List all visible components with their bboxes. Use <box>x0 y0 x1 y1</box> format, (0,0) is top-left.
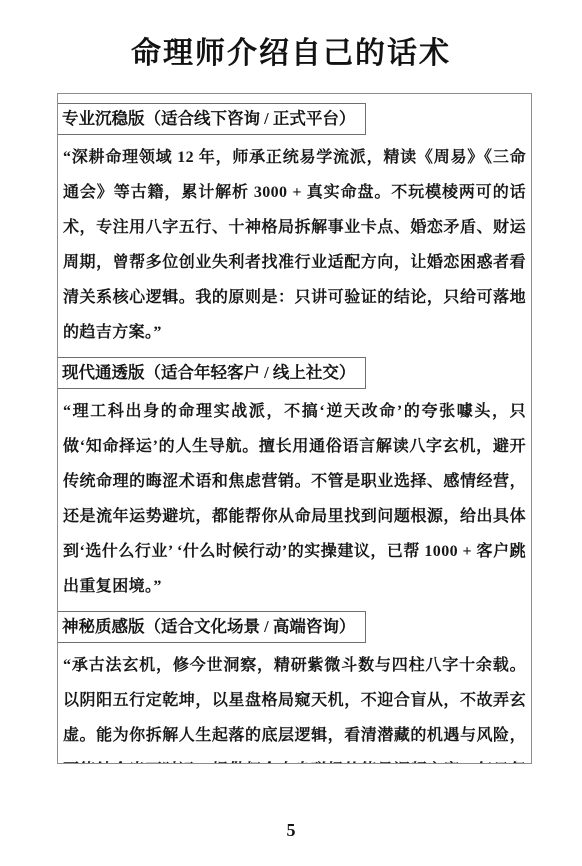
page-number: 5 <box>0 820 582 841</box>
section-header-modern: 现代通透版（适合年轻客户 / 线上社交） <box>57 357 366 389</box>
page-title: 命理师介绍自己的话术 <box>0 28 582 72</box>
section-professional: 专业沉稳版（适合线下咨询 / 正式平台） “深耕命理领域 12 年，师承正统易学… <box>58 94 531 350</box>
section-body-mystic: “承古法玄机，修今世洞察，精研紫微斗数与四柱八字十余载。以阴阳五行定乾坤，以星盘… <box>63 648 526 764</box>
section-modern: 现代通透版（适合年轻客户 / 线上社交） “理工科出身的命理实战派，不搞‘逆天改… <box>58 352 531 604</box>
document-page: 命理师介绍自己的话术 专业沉稳版（适合线下咨询 / 正式平台） “深耕命理领域 … <box>0 0 582 866</box>
section-header-professional: 专业沉稳版（适合线下咨询 / 正式平台） <box>57 103 366 135</box>
section-mystic: 神秘质感版（适合文化场景 / 高端咨询） “承古法玄机，修今世洞察，精研紫微斗数… <box>58 606 531 764</box>
section-header-mystic: 神秘质感版（适合文化场景 / 高端咨询） <box>57 611 366 643</box>
section-body-modern: “理工科出身的命理实战派，不搞‘逆天改命’的夸张噱头，只做‘知命择运’的人生导航… <box>63 394 526 604</box>
section-body-professional: “深耕命理领域 12 年，师承正统易学流派，精读《周易》《三命通会》等古籍，累计… <box>63 140 526 350</box>
content-frame: 专业沉稳版（适合线下咨询 / 正式平台） “深耕命理领域 12 年，师承正统易学… <box>57 93 532 764</box>
